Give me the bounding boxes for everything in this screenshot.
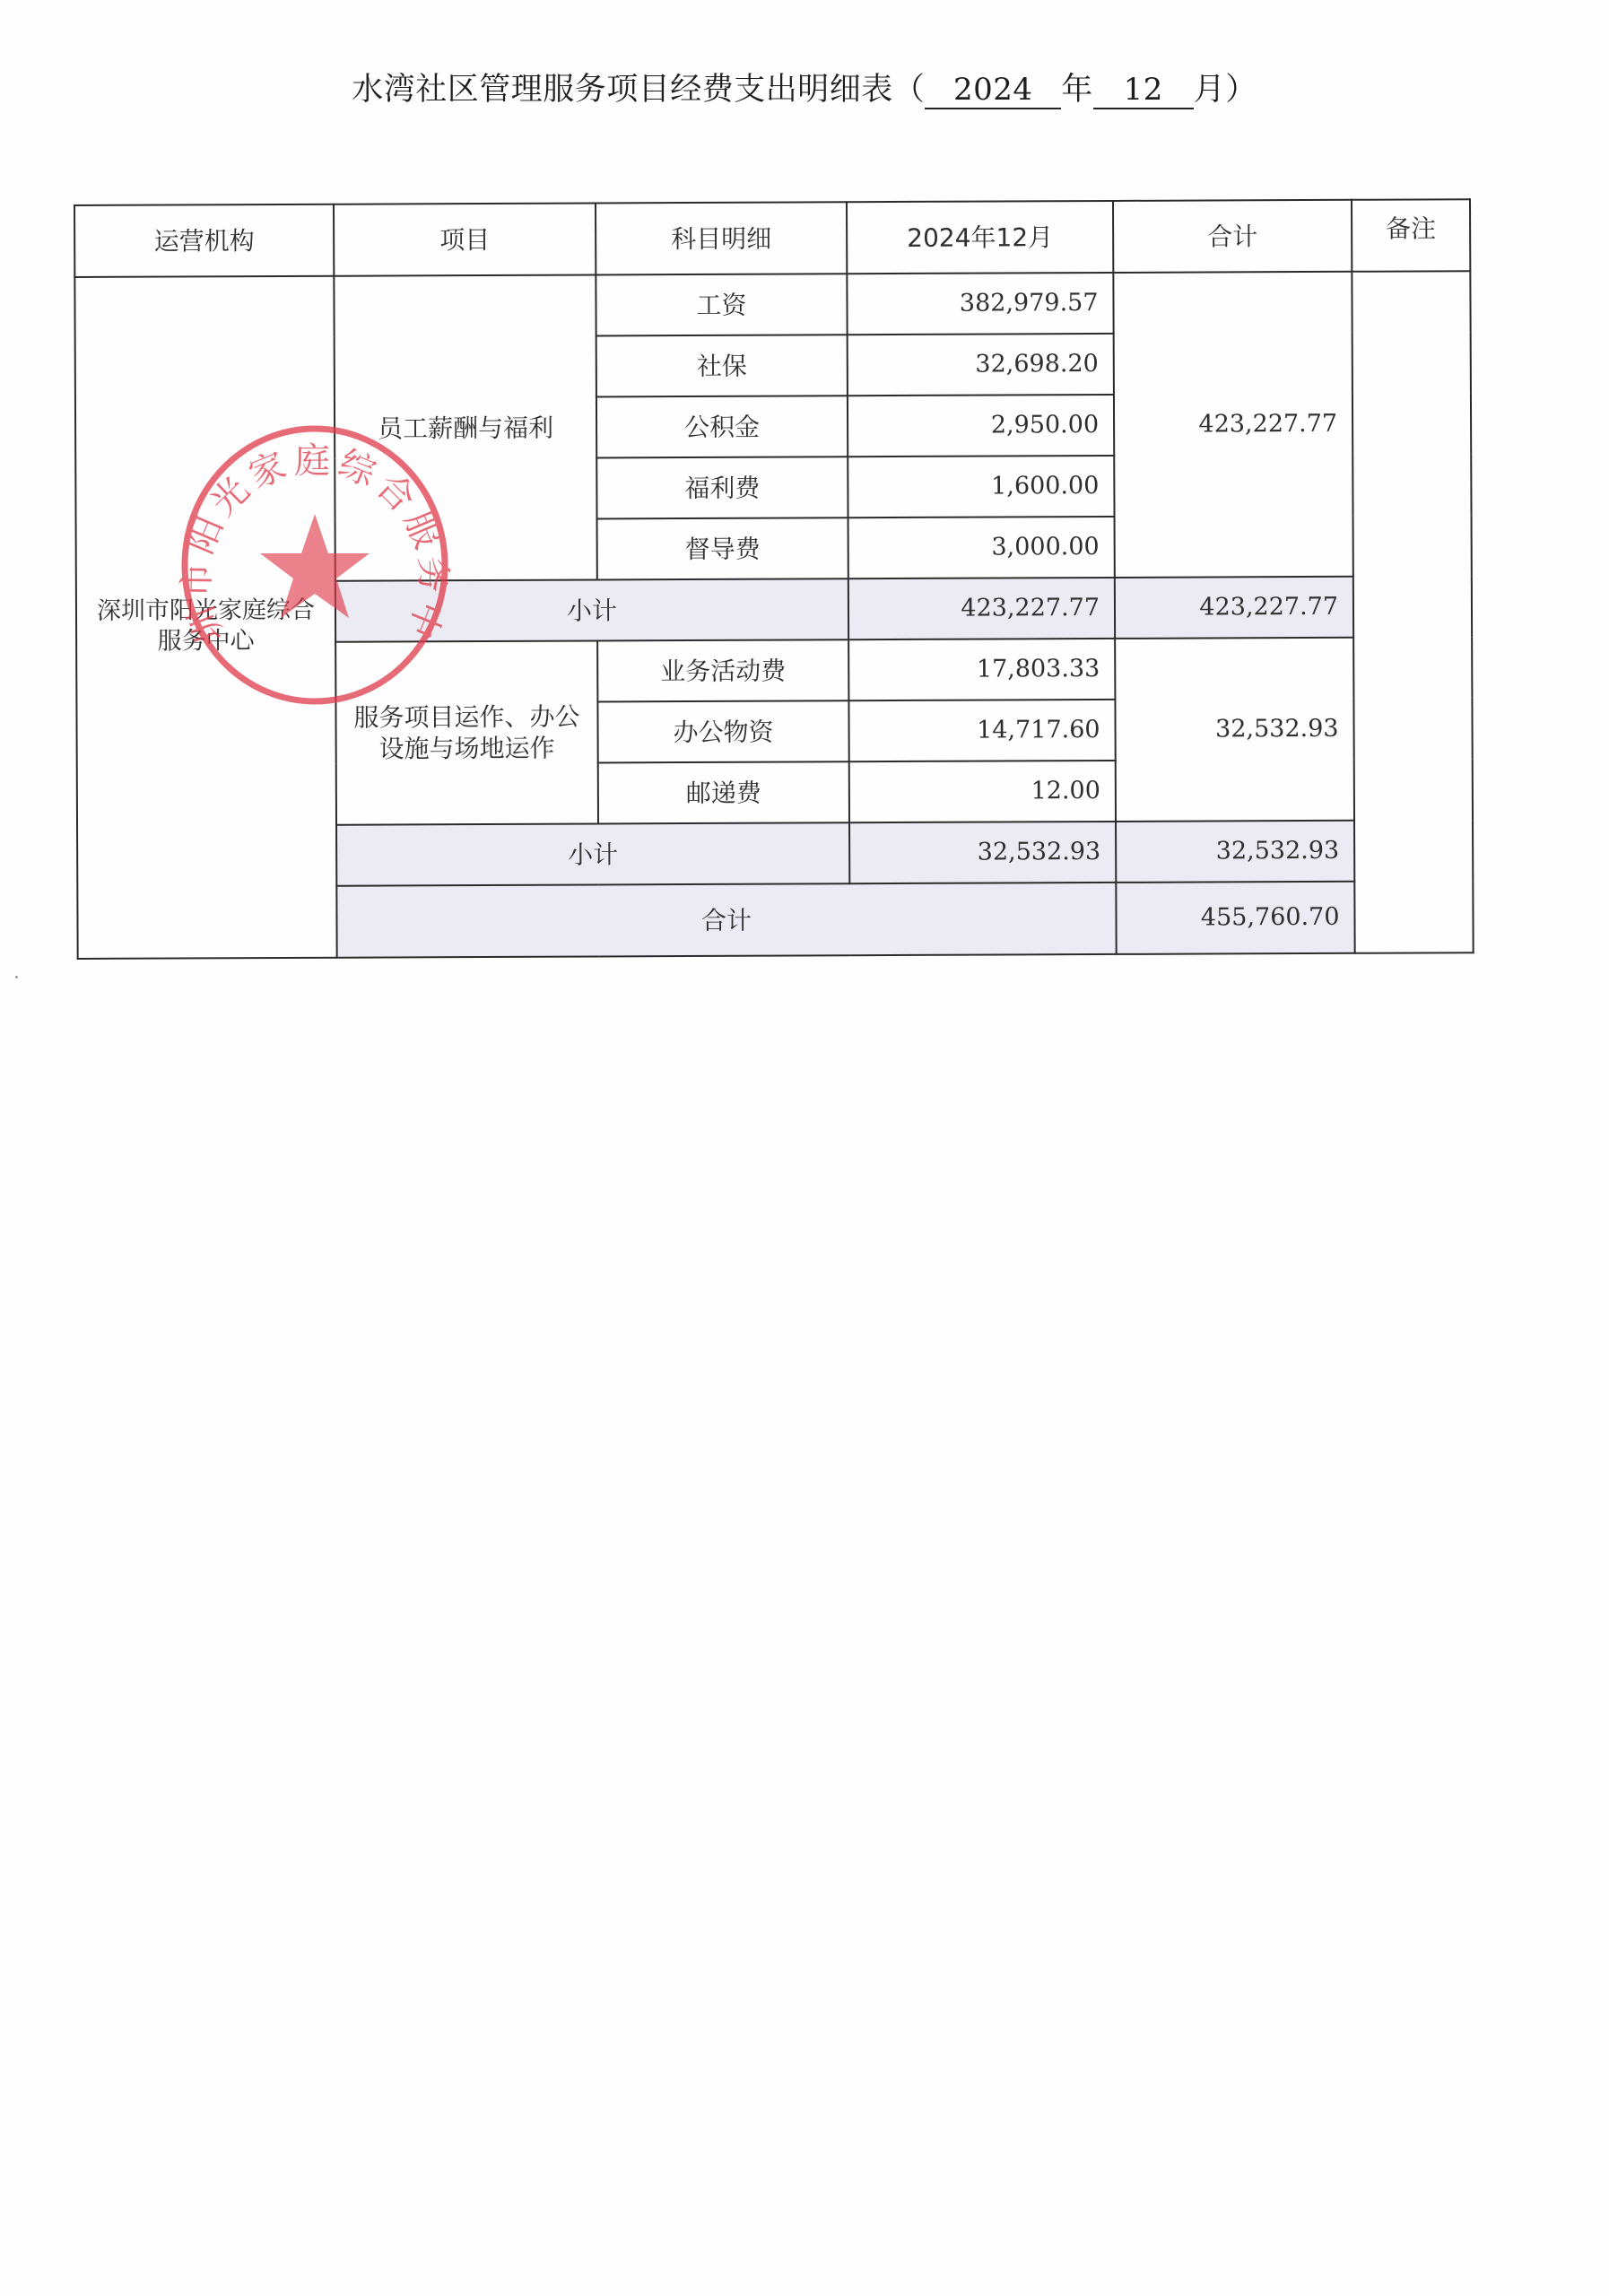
title-prefix: 水湾社区管理服务项目经费支出明细表（ [352,72,925,108]
title-year: 2024 [925,72,1061,109]
amount-cell: 3,000.00 [848,517,1115,578]
title-month-unit: 月 [1194,72,1226,108]
header-project: 项目 [334,203,596,275]
note-cell [1352,271,1473,953]
subject-cell: 福利费 [596,457,848,518]
amount-cell: 14,717.60 [848,700,1115,761]
amount-cell: 2,950.00 [848,395,1114,457]
header-note: 备注 [1352,199,1470,272]
amount-cell: 1,600.00 [848,456,1114,517]
subtotal-label: 小计 [336,822,849,885]
subject-cell: 公积金 [596,396,848,457]
table-row: 深圳市阳光家庭综合服务中心 员工薪酬与福利 工资 382,979.57 423,… [74,271,1470,338]
grand-total-label: 合计 [336,883,1116,958]
subject-cell: 办公物资 [597,700,848,762]
subject-cell: 督导费 [597,517,848,579]
document-title: 水湾社区管理服务项目经费支出明细表（2024年12月） [0,65,1609,109]
header-month: 2024年12月 [847,201,1113,274]
organization-cell: 深圳市阳光家庭综合服务中心 [74,276,336,959]
subtotal-amount: 32,532.93 [849,822,1116,883]
header-subject: 科目明细 [596,202,847,274]
subject-cell: 社保 [596,335,848,396]
subtotal-total: 32,532.93 [1116,821,1354,883]
title-month: 12 [1093,72,1194,109]
subject-cell: 工资 [596,274,847,335]
project-cell-operations: 服务项目运作、办公设施与场地运作 [335,640,598,824]
scan-speck [15,976,18,978]
subject-cell: 业务活动费 [597,639,848,701]
amount-cell: 32,698.20 [848,334,1114,396]
subtotal-label: 小计 [335,578,848,641]
title-year-unit: 年 [1061,72,1093,108]
group-total-cell: 32,532.93 [1115,638,1354,822]
subtotal-total: 423,227.77 [1115,577,1353,639]
amount-cell: 382,979.57 [847,273,1113,335]
title-suffix: ） [1225,72,1257,108]
table-header-row: 运营机构 项目 科目明细 2024年12月 合计 备注 [74,199,1470,277]
grand-total-amount: 455,760.70 [1116,882,1354,954]
subtotal-amount: 423,227.77 [848,578,1115,639]
amount-cell: 12.00 [849,761,1116,822]
expense-table: 运营机构 项目 科目明细 2024年12月 合计 备注 深圳市阳光家庭综合服务中… [74,198,1474,960]
amount-cell: 17,803.33 [848,639,1115,700]
header-total: 合计 [1113,200,1352,273]
group-total-cell: 423,227.77 [1113,272,1352,578]
header-organization: 运营机构 [74,204,334,277]
project-cell-salary: 员工薪酬与福利 [334,274,596,580]
subject-cell: 邮递费 [598,761,849,823]
